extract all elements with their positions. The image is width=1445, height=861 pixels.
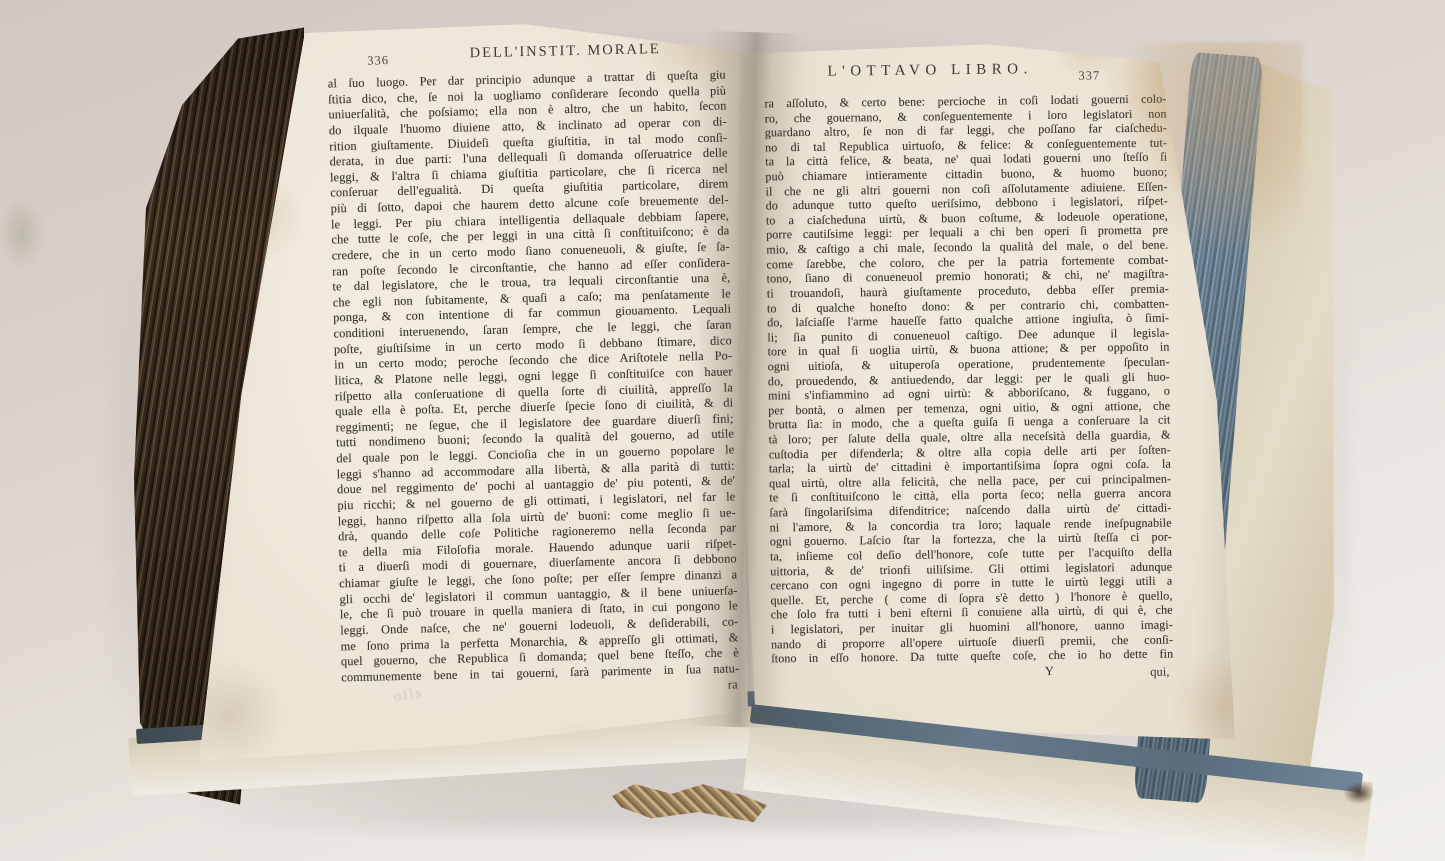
- left-folio-number: 336: [367, 53, 389, 68]
- right-page: L'OTTAVO LIBRO. 337 ra aſſoluto, & certo…: [728, 28, 1248, 773]
- table-smudge: [0, 185, 52, 280]
- right-page-header: L'OTTAVO LIBRO. 337: [764, 60, 1166, 91]
- signature-mark: Y: [1045, 664, 1054, 679]
- left-page-header: 336 DELL'INSTIT. MORALE: [327, 39, 725, 72]
- right-page-footer: Y qui,: [771, 661, 1173, 686]
- faint-offset-mark: oils: [393, 685, 425, 706]
- left-page-text-block: 336 DELL'INSTIT. MORALE al ſuo luogo. Pe…: [327, 39, 740, 705]
- right-folio-number: 337: [1078, 68, 1100, 83]
- right-catchword: qui,: [1150, 664, 1169, 679]
- right-page-text-block: L'OTTAVO LIBRO. 337 ra aſſoluto, & certo…: [764, 60, 1174, 687]
- right-running-title: L'OTTAVO LIBRO.: [764, 60, 1166, 82]
- cover-corner-wear-spot: [1338, 778, 1380, 808]
- left-catchword: ra: [728, 678, 738, 693]
- left-body-text: al ſuo luogo. Per dar principio adunque …: [328, 67, 740, 685]
- right-body-text: ra aſſoluto, & certo bene: percioche in …: [764, 92, 1173, 667]
